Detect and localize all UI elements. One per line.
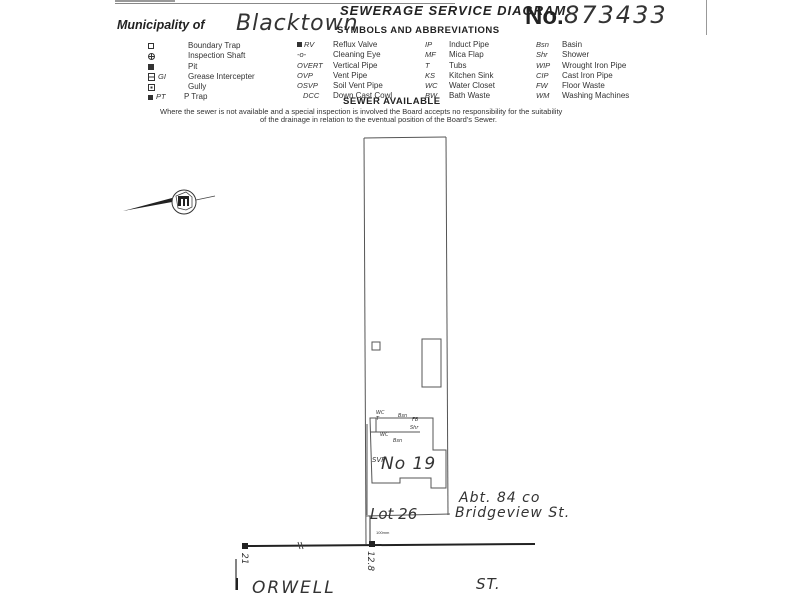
fixture-label-basin-2: Bsn: [393, 438, 402, 444]
fixture-label-fb: FB: [412, 417, 418, 423]
fixture-label-shower: Shr: [410, 425, 418, 431]
address-line-2: Bridgeview St.: [455, 505, 570, 521]
fixture-label-wc-2: WC: [380, 432, 388, 438]
address-line-1: Abt. 84 co: [459, 490, 540, 506]
dimension-center: 12.8: [365, 551, 375, 571]
small-shed: [372, 342, 380, 350]
fixture-label-basin: Bsn: [398, 413, 407, 419]
outbuilding: [422, 339, 441, 387]
north-arrow-icon: [123, 190, 215, 214]
street-name: ORWELL: [252, 578, 336, 598]
house-number-label: No 19: [381, 454, 436, 474]
dimension-left: 21: [239, 553, 249, 564]
street-suffix: ST.: [476, 575, 501, 593]
lot-label: Lot 26: [370, 505, 417, 523]
pipe-size-note: 100mm: [376, 530, 389, 535]
fixture-label-tubs: T: [376, 416, 379, 422]
